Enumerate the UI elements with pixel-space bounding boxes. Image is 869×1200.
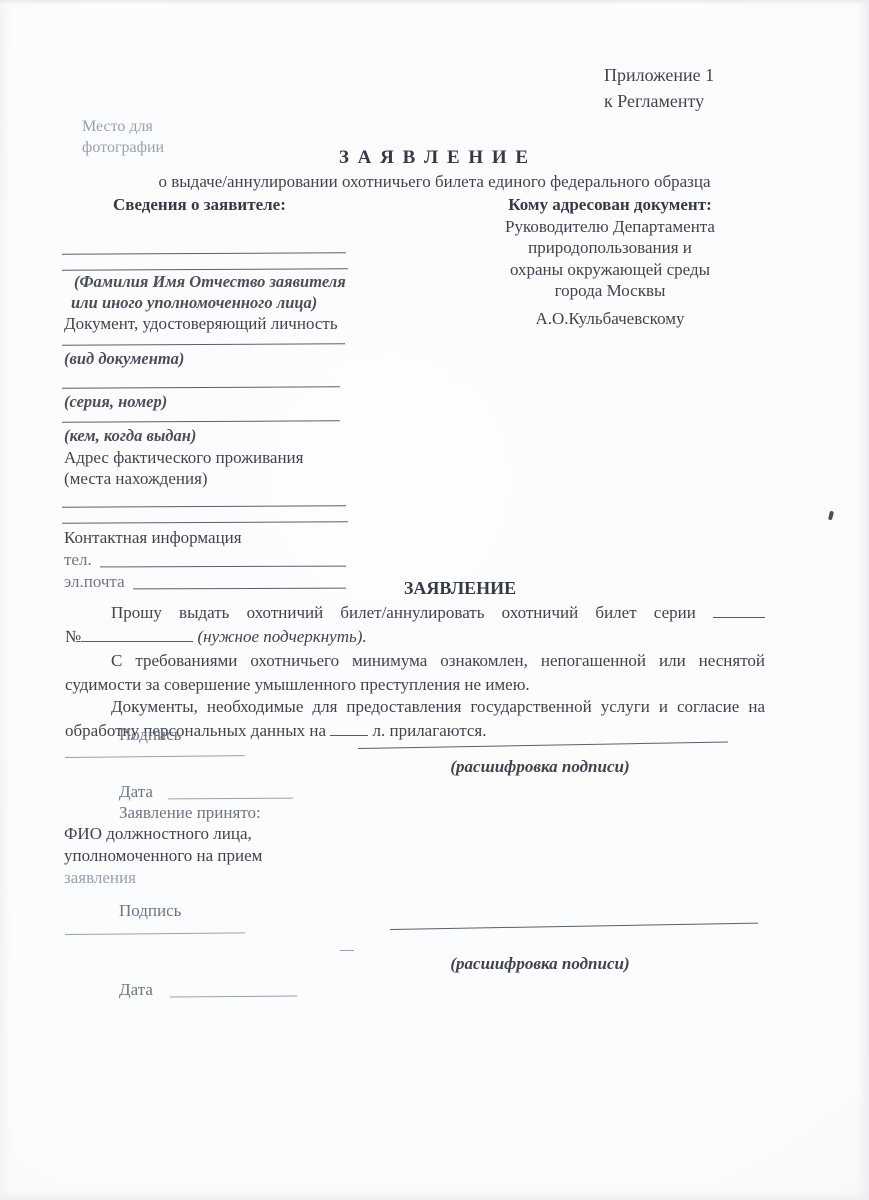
address-label-line-2: (места нахождения): [64, 468, 208, 489]
addressee-line-1: Руководителю Департамента: [450, 216, 770, 238]
fio-caption-line-1: (Фамилия Имя Отчество заявителя: [74, 272, 346, 293]
phone-blank-line: [100, 566, 346, 568]
addressee-block: Кому адресован документ: Руководителю Де…: [450, 194, 770, 329]
official-line-1: ФИО должностного лица,: [64, 823, 252, 844]
contact-info-label: Контактная информация: [64, 527, 242, 548]
statement-p3-text-2: л. прилагаются.: [373, 721, 487, 740]
doc-type-caption: (вид документа): [64, 349, 184, 370]
scan-speck-artifact: [828, 511, 834, 521]
phone-label: тел.: [64, 549, 92, 570]
statement-paragraph-1-line-2: № (нужное подчеркнуть).: [65, 626, 367, 647]
addressee-line-2: природопользования и: [450, 237, 770, 259]
address-blank-line-2: [62, 521, 348, 523]
statement-heading: ЗАЯВЛЕНИЕ: [60, 577, 860, 600]
addressee-line-4: города Москвы: [450, 280, 770, 302]
annex-reference: Приложение 1 к Регламенту: [604, 62, 714, 114]
statement-p1-text: Прошу выдать охотничий билет/аннулироват…: [111, 603, 696, 622]
signature-blank-line-1: [65, 755, 245, 758]
fio-blank-line-2: [62, 268, 348, 270]
address-label-line-1: Адрес фактического проживания: [64, 447, 303, 468]
transcript-blank-line-2: [390, 923, 758, 930]
doc-issued-caption: (кем, когда выдан): [64, 426, 196, 447]
annex-line-2: к Регламенту: [604, 88, 714, 114]
doc-series-caption: (серия, номер): [64, 392, 167, 413]
signature-blank-line-2: [65, 932, 245, 935]
date-blank-line-2: [170, 996, 297, 998]
id-document-label: Документ, удостоверяющий личность: [64, 313, 338, 334]
doc-type-blank-line: [62, 343, 345, 345]
annex-line-1: Приложение 1: [604, 62, 714, 88]
signature-label-2: Подпись: [119, 900, 181, 921]
transcript-blank-line-1: [358, 742, 728, 749]
official-line-2: уполномоченного на прием: [64, 845, 262, 866]
statement-paragraph-2: С требованиями охотничьего минимума озна…: [65, 649, 765, 696]
official-line-3: заявления: [64, 867, 136, 888]
date-blank-line-1: [168, 798, 293, 800]
underline-note: (нужное подчеркнуть).: [197, 627, 366, 646]
stray-dash-mark: [340, 950, 354, 951]
form-title: З А Я В Л Е Н И Е: [0, 146, 869, 170]
fio-blank-line-1: [62, 252, 346, 254]
pages-count-blank: [330, 722, 368, 736]
transcript-caption-2: (расшифровка подписи): [400, 953, 680, 974]
fio-caption-line-2: или иного уполномоченного лица): [71, 293, 317, 314]
document-content: Приложение 1 к Регламенту Место для фото…: [0, 0, 869, 1200]
doc-issued-blank-line: [62, 420, 340, 422]
number-sign: №: [65, 627, 81, 646]
address-blank-line-1: [62, 505, 346, 507]
doc-series-blank-line: [62, 386, 340, 388]
series-blank: [713, 604, 765, 618]
applicant-section-heading: Сведения о заявителе:: [113, 194, 286, 215]
number-blank: [81, 628, 193, 642]
form-subtitle: о выдаче/аннулировании охотничьего билет…: [0, 171, 869, 192]
addressee-heading: Кому адресован документ:: [450, 194, 770, 216]
addressee-line-3: охраны окружающей среды: [450, 259, 770, 281]
date-label-2: Дата: [119, 979, 153, 1000]
photo-placeholder-line-1: Место для: [82, 116, 164, 137]
scanned-application-form: Приложение 1 к Регламенту Место для фото…: [0, 0, 869, 1200]
date-label-1: Дата: [119, 781, 153, 802]
signature-label-1: Подпись: [119, 724, 181, 745]
transcript-caption-1: (расшифровка подписи): [390, 756, 690, 777]
accepted-heading: Заявление принято:: [119, 802, 261, 823]
addressee-name: А.О.Кульбачевскому: [450, 308, 770, 330]
